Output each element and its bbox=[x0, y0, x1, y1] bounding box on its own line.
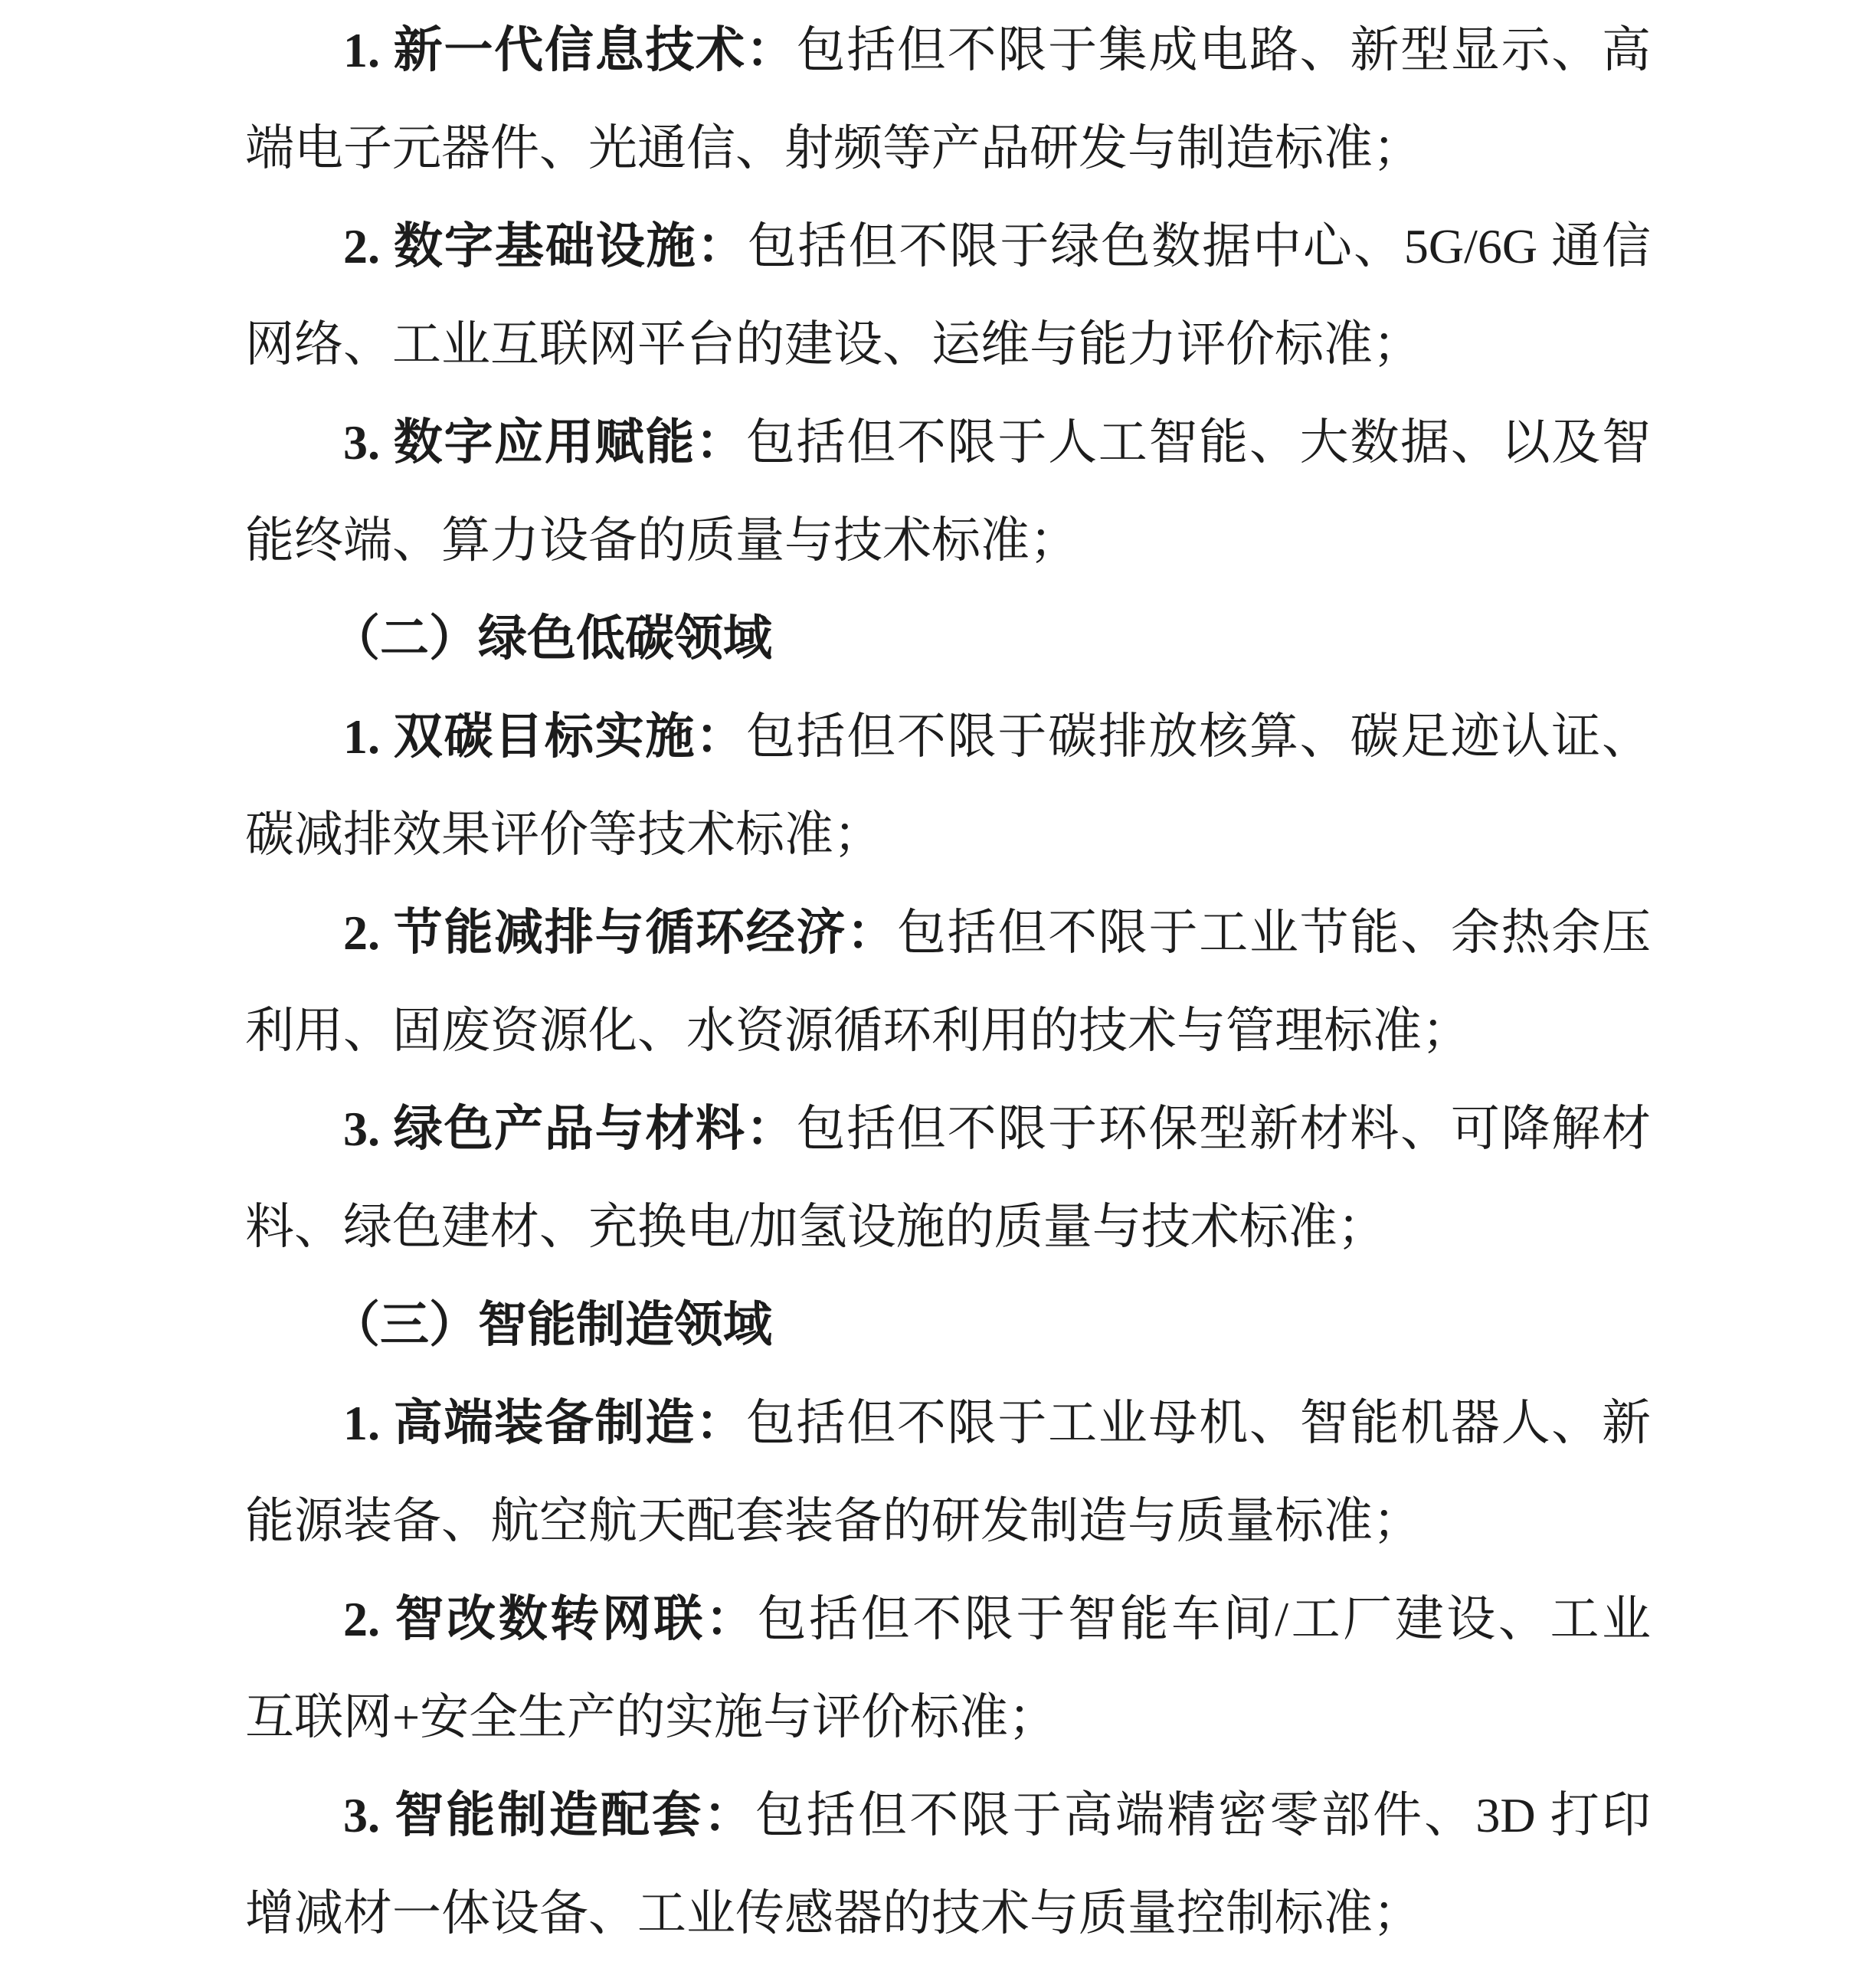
text-line: 1. 双碳目标实施：包括但不限于碳排放核算、碳足迹认证、 bbox=[245, 688, 1651, 786]
text-line: 1. 高端装备制造：包括但不限于工业母机、智能机器人、新 bbox=[245, 1374, 1651, 1472]
line-text: 增减材一体设备、工业传感器的技术与质量控制标准； bbox=[245, 1886, 1422, 1940]
paragraph-label: 1. 新一代信息技术： bbox=[343, 23, 796, 77]
paragraph-label: 2. 数字基础设施： bbox=[343, 219, 748, 273]
line-text: 包括但不限于集成电路、新型显示、高 bbox=[796, 23, 1651, 77]
line-text: 碳减排效果评价等技术标准； bbox=[245, 807, 882, 862]
line-text: 包括但不限于环保型新材料、可降解材 bbox=[796, 1102, 1651, 1156]
line-text: 包括但不限于智能车间/工厂建设、工业 bbox=[758, 1592, 1651, 1646]
heading-text: （三）智能制造领域 bbox=[331, 1298, 772, 1352]
paragraph-label: 1. 高端装备制造： bbox=[343, 1396, 746, 1450]
paragraph-label: 2. 智改数转网联： bbox=[343, 1592, 758, 1646]
paragraph-label: 3. 绿色产品与材料： bbox=[343, 1102, 796, 1156]
text-line: 能终端、算力设备的质量与技术标准； bbox=[245, 492, 1651, 590]
line-text: 利用、固废资源化、水资源循环利用的技术与管理标准； bbox=[245, 1004, 1471, 1058]
line-text: 包括但不限于工业母机、智能机器人、新 bbox=[746, 1396, 1651, 1450]
paragraph-label: 3. 智能制造配套： bbox=[343, 1788, 755, 1842]
text-line: 2. 节能减排与循环经济：包括但不限于工业节能、余热余压 bbox=[245, 884, 1651, 982]
document-page: 1. 新一代信息技术：包括但不限于集成电路、新型显示、高端电子元器件、光通信、射… bbox=[0, 0, 1876, 1965]
line-text: 包括但不限于高端精密零部件、3D 打印 bbox=[755, 1788, 1651, 1842]
text-line: 2. 数字基础设施：包括但不限于绿色数据中心、5G/6G 通信 bbox=[245, 198, 1651, 296]
text-line: 网络、工业互联网平台的建设、运维与能力评价标准； bbox=[245, 296, 1651, 394]
text-line: 能源装备、航空航天配套装备的研发制造与质量标准； bbox=[245, 1472, 1651, 1570]
text-line: 增减材一体设备、工业传感器的技术与质量控制标准； bbox=[245, 1865, 1651, 1963]
text-line: 利用、固废资源化、水资源循环利用的技术与管理标准； bbox=[245, 982, 1651, 1080]
line-text: 包括但不限于绿色数据中心、5G/6G 通信 bbox=[748, 219, 1651, 273]
text-line: 1. 新一代信息技术：包括但不限于集成电路、新型显示、高 bbox=[245, 2, 1651, 100]
paragraph-label: 1. 双碳目标实施： bbox=[343, 709, 746, 764]
line-text: 能终端、算力设备的质量与技术标准； bbox=[245, 513, 1079, 568]
section-heading: （三）智能制造领域 bbox=[245, 1276, 1651, 1374]
heading-text: （二）绿色低碳领域 bbox=[331, 611, 772, 666]
paragraph-label: 2. 节能减排与循环经济： bbox=[343, 906, 897, 960]
paragraph-label: 3. 数字应用赋能： bbox=[343, 415, 746, 470]
line-text: 料、绿色建材、充换电/加氢设施的质量与技术标准； bbox=[245, 1200, 1387, 1254]
line-text: 网络、工业互联网平台的建设、运维与能力评价标准； bbox=[245, 317, 1422, 372]
section-heading: （二）绿色低碳领域 bbox=[245, 590, 1651, 688]
text-line: 料、绿色建材、充换电/加氢设施的质量与技术标准； bbox=[245, 1178, 1651, 1276]
text-line: 2. 智改数转网联：包括但不限于智能车间/工厂建设、工业 bbox=[245, 1570, 1651, 1669]
text-line: 互联网+安全生产的实施与评价标准； bbox=[245, 1669, 1651, 1767]
line-text: 端电子元器件、光通信、射频等产品研发与制造标准； bbox=[245, 121, 1422, 175]
line-text: 互联网+安全生产的实施与评价标准； bbox=[245, 1690, 1057, 1744]
text-line: 碳减排效果评价等技术标准； bbox=[245, 786, 1651, 884]
text-line: 3. 绿色产品与材料：包括但不限于环保型新材料、可降解材 bbox=[245, 1080, 1651, 1178]
document-body: 1. 新一代信息技术：包括但不限于集成电路、新型显示、高端电子元器件、光通信、射… bbox=[245, 2, 1651, 1963]
text-line: 3. 智能制造配套：包括但不限于高端精密零部件、3D 打印 bbox=[245, 1767, 1651, 1865]
line-text: 包括但不限于碳排放核算、碳足迹认证、 bbox=[746, 709, 1651, 764]
line-text: 包括但不限于人工智能、大数据、以及智 bbox=[746, 415, 1651, 470]
line-text: 能源装备、航空航天配套装备的研发制造与质量标准； bbox=[245, 1494, 1422, 1548]
line-text: 包括但不限于工业节能、余热余压 bbox=[897, 906, 1651, 960]
text-line: 3. 数字应用赋能：包括但不限于人工智能、大数据、以及智 bbox=[245, 394, 1651, 492]
text-line: 端电子元器件、光通信、射频等产品研发与制造标准； bbox=[245, 100, 1651, 198]
